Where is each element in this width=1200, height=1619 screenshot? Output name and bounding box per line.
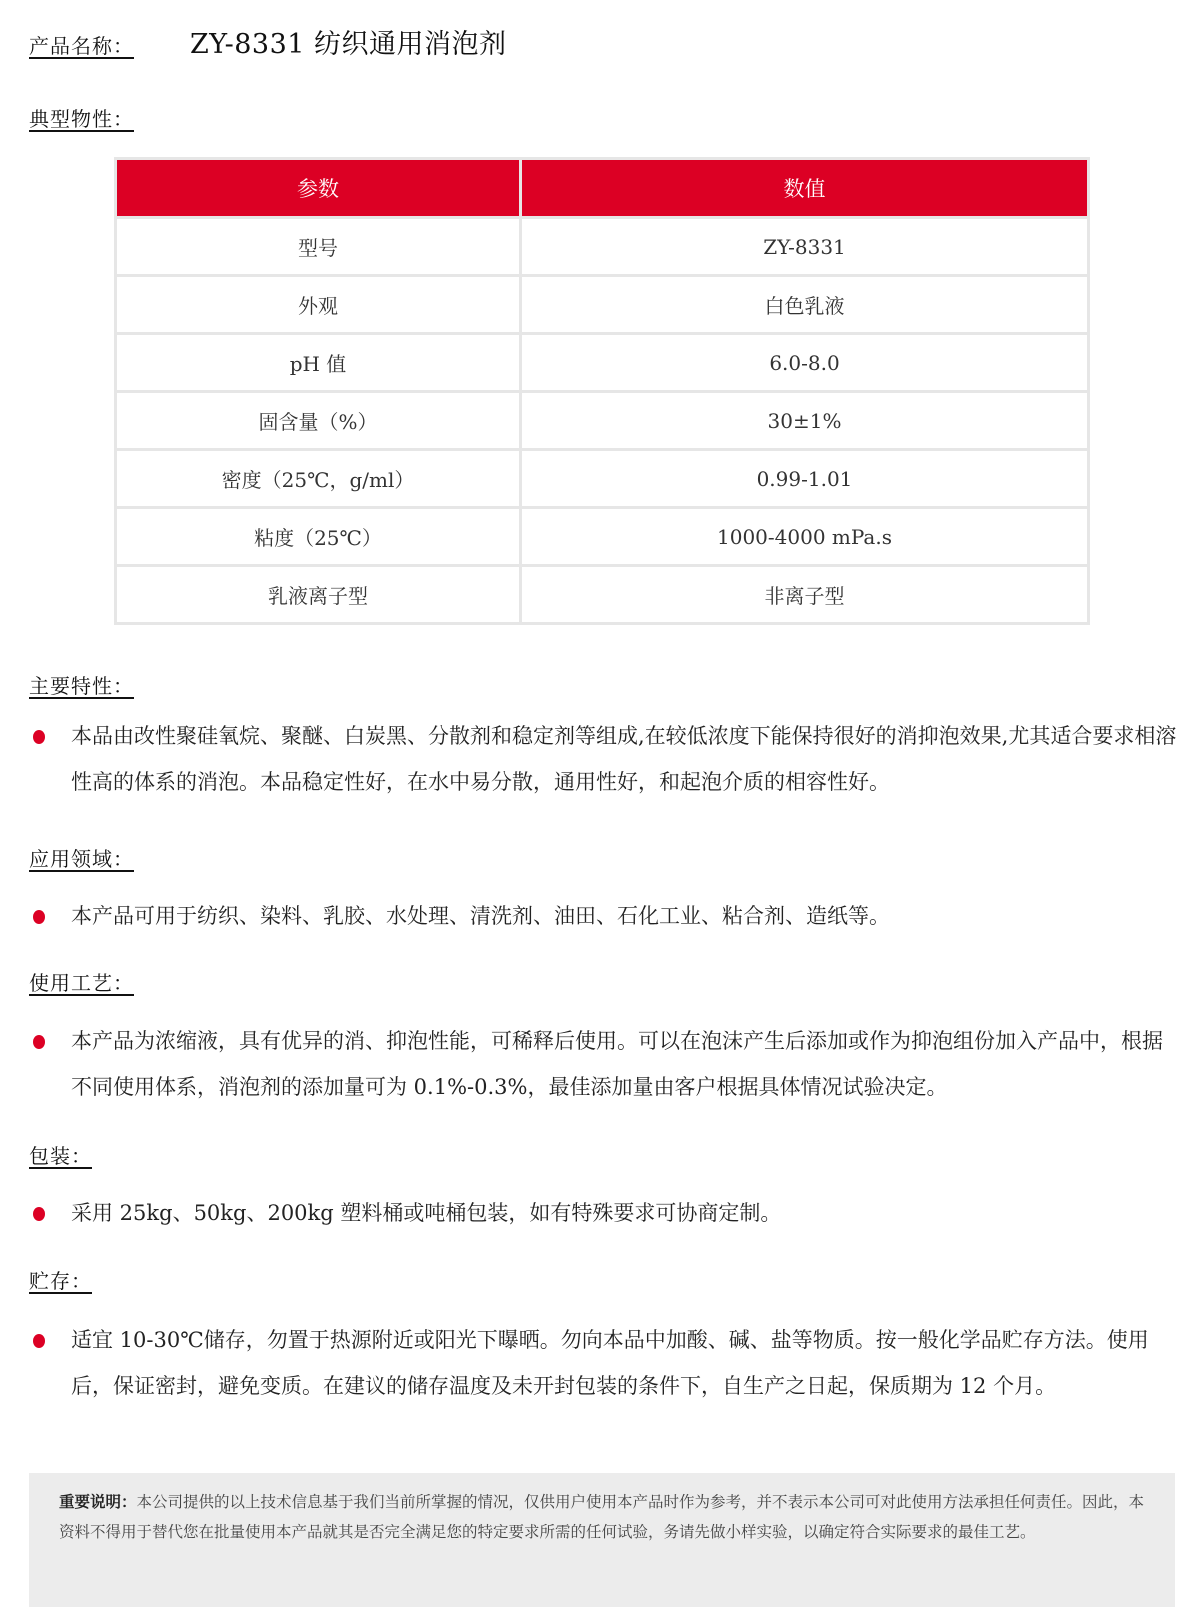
list-item: 适宜 10-30℃储存，勿置于热源附近或阳光下曝晒。勿向本品中加酸、碱、盐等物质… bbox=[29, 1317, 1179, 1409]
param-cell: 乳液离子型 bbox=[116, 566, 521, 624]
usage-section: 本产品为浓缩液，具有优异的消、抑泡性能，可稀释后使用。可以在泡沫产生后添加或作为… bbox=[29, 1018, 1179, 1110]
packaging-heading: 包装： bbox=[29, 1140, 110, 1169]
table-row: 乳液离子型非离子型 bbox=[116, 566, 1089, 624]
table-row: 型号ZY-8331 bbox=[116, 218, 1089, 276]
product-name: ZY-8331 纺织通用消泡剂 bbox=[190, 22, 507, 61]
param-cell: 密度（25℃，g/ml） bbox=[116, 450, 521, 508]
param-cell: 粘度（25℃） bbox=[116, 508, 521, 566]
table-row: 外观白色乳液 bbox=[116, 276, 1089, 334]
note-label: 重要说明： bbox=[59, 1493, 137, 1511]
value-cell: 0.99-1.01 bbox=[521, 450, 1089, 508]
packaging-section: 采用 25kg、50kg、200kg 塑料桶或吨桶包装，如有特殊要求可协商定制。 bbox=[29, 1190, 1179, 1236]
applications-section: 本产品可用于纺织、染料、乳胶、水处理、清洗剂、油田、石化工业、粘合剂、造纸等。 bbox=[29, 893, 1179, 939]
param-cell: pH 值 bbox=[116, 334, 521, 392]
value-cell: 1000-4000 mPa.s bbox=[521, 508, 1089, 566]
table-header-row: 参数 数值 bbox=[116, 159, 1089, 218]
bullet-dot-icon bbox=[33, 1035, 45, 1049]
value-cell: 非离子型 bbox=[521, 566, 1089, 624]
table-row: 固含量（%）30±1% bbox=[116, 392, 1089, 450]
applications-heading: 应用领域： bbox=[29, 843, 152, 872]
properties-heading: 典型物性： bbox=[29, 103, 152, 132]
value-cell: ZY-8331 bbox=[521, 218, 1089, 276]
product-name-label: 产品名称： bbox=[29, 30, 152, 59]
properties-table: 参数 数值 型号ZY-8331 外观白色乳液 pH 值6.0-8.0 固含量（%… bbox=[114, 157, 1090, 625]
bullet-dot-icon bbox=[33, 730, 45, 744]
column-header-value: 数值 bbox=[521, 159, 1089, 218]
usage-heading: 使用工艺： bbox=[29, 967, 152, 996]
param-cell: 固含量（%） bbox=[116, 392, 521, 450]
bullet-dot-icon bbox=[33, 910, 45, 924]
column-header-parameter: 参数 bbox=[116, 159, 521, 218]
table-row: pH 值6.0-8.0 bbox=[116, 334, 1089, 392]
list-item: 本品由改性聚硅氧烷、聚醚、白炭黑、分散剂和稳定剂等组成,在较低浓度下能保持很好的… bbox=[29, 713, 1179, 805]
list-item: 本产品可用于纺织、染料、乳胶、水处理、清洗剂、油田、石化工业、粘合剂、造纸等。 bbox=[29, 893, 1179, 939]
storage-heading: 贮存： bbox=[29, 1265, 110, 1294]
note-text: 本公司提供的以上技术信息基于我们当前所掌握的情况，仅供用户使用本产品时作为参考，… bbox=[59, 1493, 1144, 1541]
table-row: 密度（25℃，g/ml）0.99-1.01 bbox=[116, 450, 1089, 508]
value-cell: 6.0-8.0 bbox=[521, 334, 1089, 392]
param-cell: 型号 bbox=[116, 218, 521, 276]
features-heading: 主要特性： bbox=[29, 670, 152, 699]
bullet-dot-icon bbox=[33, 1334, 45, 1348]
list-item: 采用 25kg、50kg、200kg 塑料桶或吨桶包装，如有特殊要求可协商定制。 bbox=[29, 1190, 1179, 1236]
disclaimer-note: 重要说明：本公司提供的以上技术信息基于我们当前所掌握的情况，仅供用户使用本产品时… bbox=[29, 1473, 1175, 1607]
value-cell: 30±1% bbox=[521, 392, 1089, 450]
bullet-dot-icon bbox=[33, 1207, 45, 1221]
storage-section: 适宜 10-30℃储存，勿置于热源附近或阳光下曝晒。勿向本品中加酸、碱、盐等物质… bbox=[29, 1317, 1179, 1409]
list-item: 本产品为浓缩液，具有优异的消、抑泡性能，可稀释后使用。可以在泡沫产生后添加或作为… bbox=[29, 1018, 1179, 1110]
value-cell: 白色乳液 bbox=[521, 276, 1089, 334]
title-row: 产品名称： ZY-8331 纺织通用消泡剂 bbox=[29, 22, 507, 61]
table-row: 粘度（25℃）1000-4000 mPa.s bbox=[116, 508, 1089, 566]
features-section: 本品由改性聚硅氧烷、聚醚、白炭黑、分散剂和稳定剂等组成,在较低浓度下能保持很好的… bbox=[29, 713, 1179, 805]
param-cell: 外观 bbox=[116, 276, 521, 334]
